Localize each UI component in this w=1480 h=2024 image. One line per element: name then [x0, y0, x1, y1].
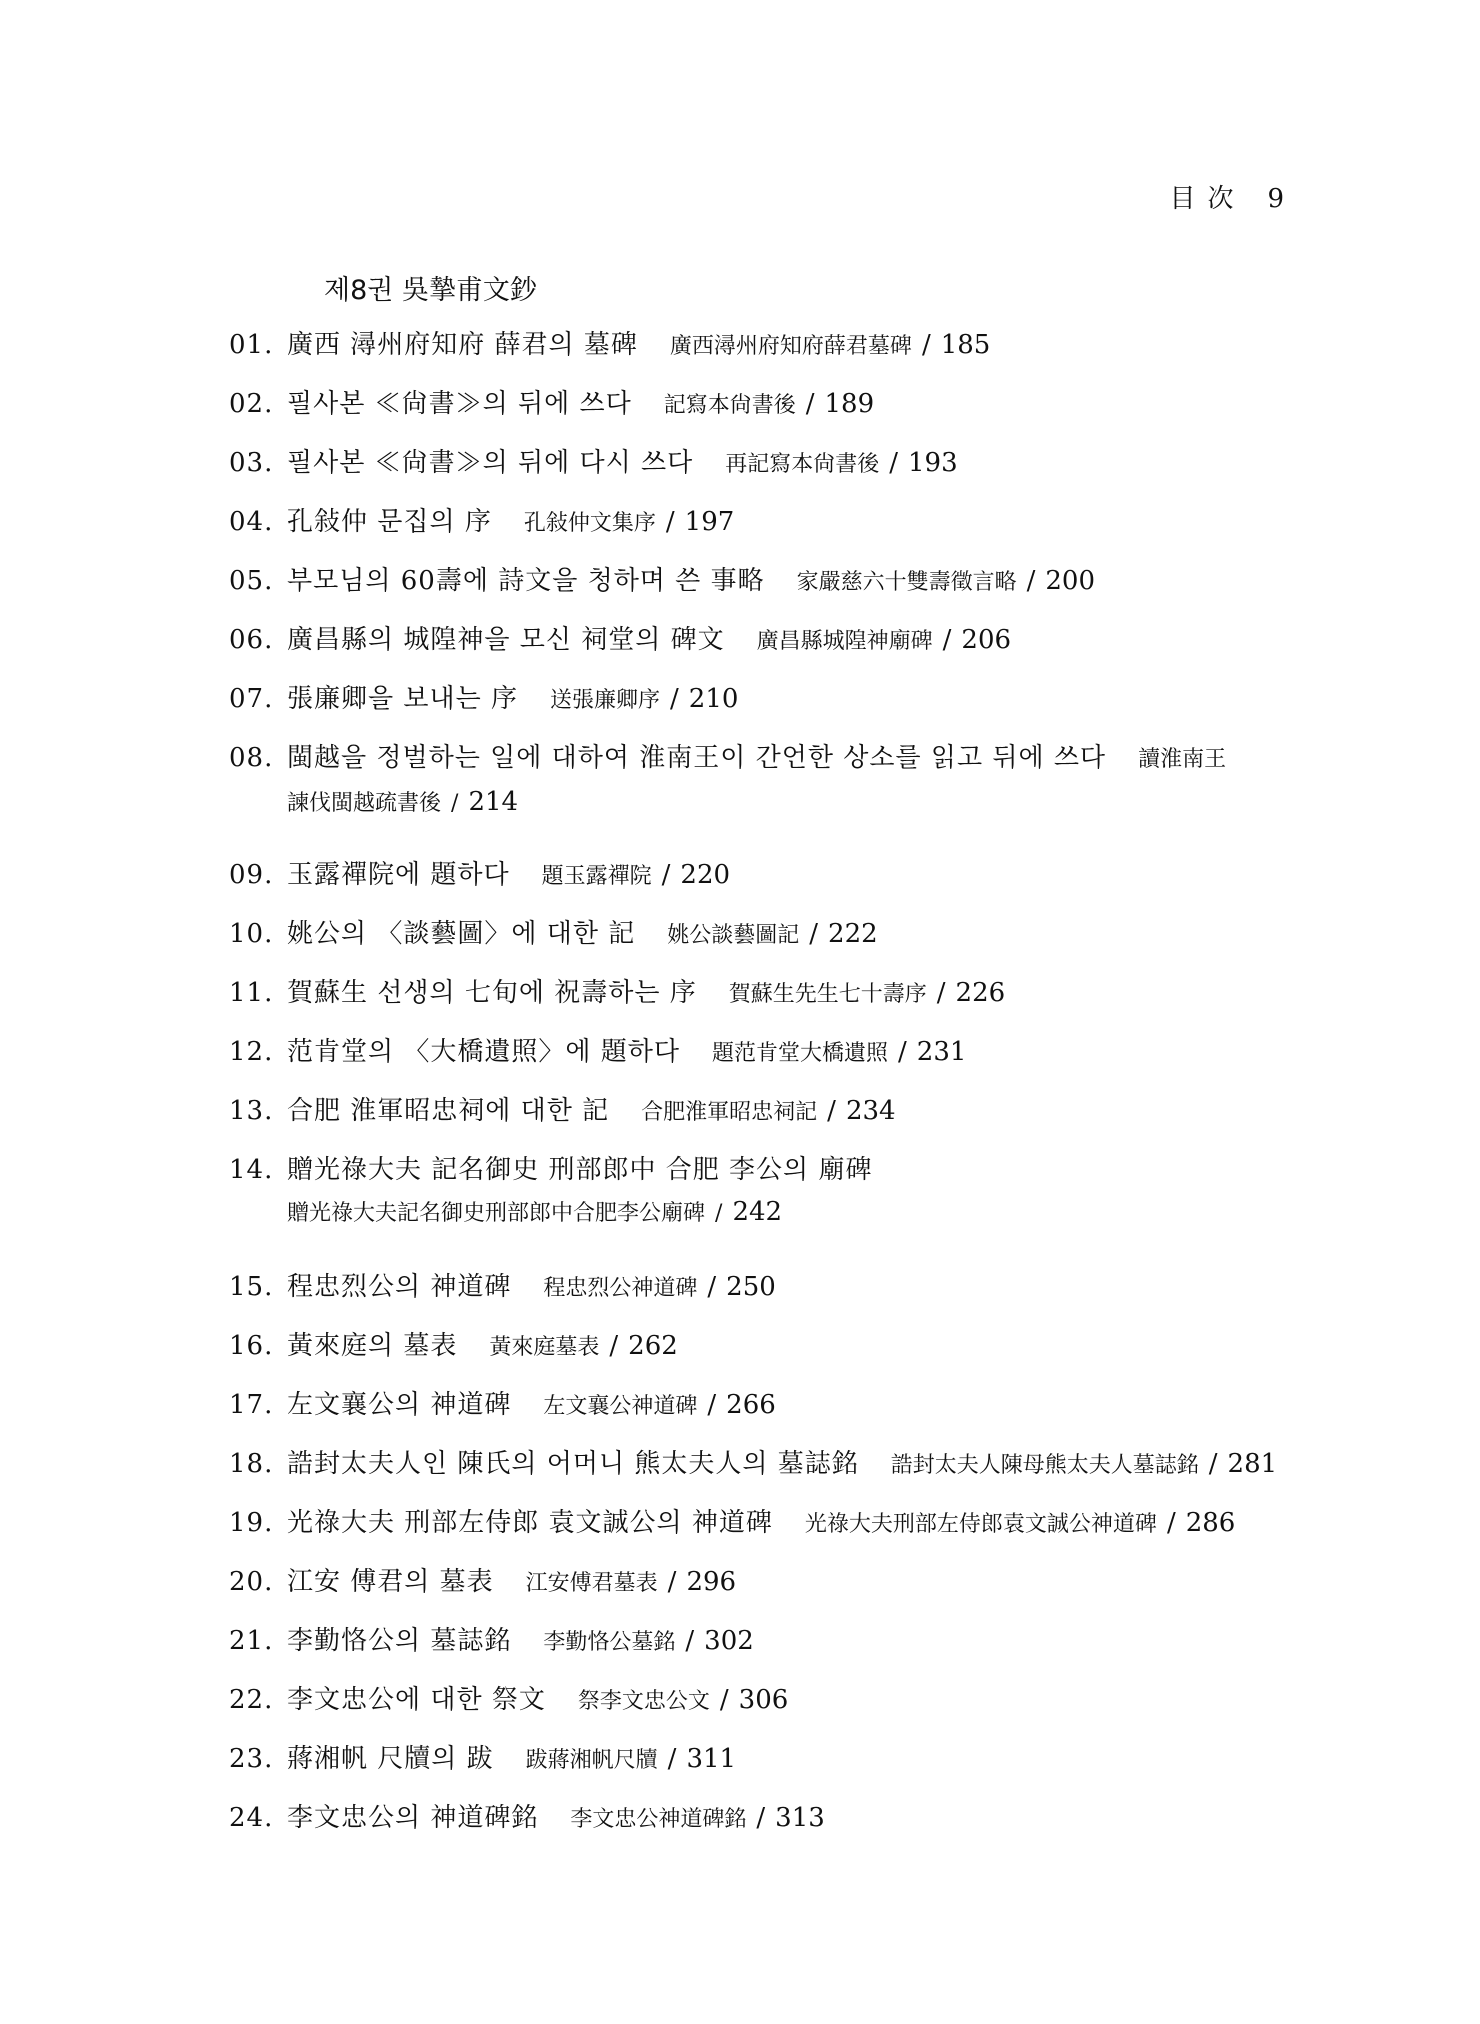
entry-original-title: 光祿大夫刑部左侍郎袁文誠公神道碑 [805, 1512, 1157, 1537]
entry-number: 15. [229, 1267, 287, 1307]
entry-korean-title: 范肯堂의 〈大橋遺照〉에 題하다 [287, 1037, 680, 1067]
entry-number: 13. [229, 1091, 287, 1131]
entry-page-number: 296 [686, 1567, 736, 1597]
entry-korean-title: 李文忠公의 神道碑銘 [287, 1803, 538, 1833]
entry-page-number: 222 [828, 919, 878, 949]
toc-entry[interactable]: 07.張廉卿을 보내는 序送張廉卿序/210 [229, 679, 738, 721]
toc-entry[interactable]: 01.廣西 潯州府知府 薛君의 墓碑廣西潯州府知府薛君墓碑/185 [229, 325, 990, 367]
entry-separator: / [889, 448, 898, 478]
entry-separator: / [1209, 1449, 1218, 1479]
entry-separator: / [898, 1037, 907, 1067]
toc-entry[interactable]: 09.玉露禪院에 題하다題玉露禪院/220 [229, 855, 730, 897]
entry-separator: / [1027, 566, 1036, 596]
entry-number: 17. [229, 1385, 287, 1425]
entry-continuation-line: 諫伐閩越疏書後/214 [229, 782, 1226, 824]
entry-separator: / [720, 1685, 729, 1715]
entry-separator: / [715, 1201, 722, 1226]
entry-page-number: 286 [1186, 1508, 1236, 1538]
toc-entry[interactable]: 06.廣昌縣의 城隍神을 모신 祠堂의 碑文廣昌縣城隍神廟碑/206 [229, 620, 1011, 662]
entry-continuation-line: 贈光祿大夫記名御史刑部郎中合肥李公廟碑/242 [229, 1192, 872, 1234]
toc-entry[interactable]: 23.蔣湘帆 尺牘의 跋跋蔣湘帆尺牘/311 [229, 1739, 736, 1781]
volume-heading: 제8권 吳摯甫文鈔 [324, 268, 537, 307]
entry-korean-title: 贈光祿大夫 記名御史 刑部郎中 合肥 李公의 廟碑 [287, 1155, 872, 1185]
toc-entry[interactable]: 19.光祿大夫 刑部左侍郎 袁文誠公의 神道碑光祿大夫刑部左侍郎袁文誠公神道碑/… [229, 1503, 1235, 1545]
entry-korean-title: 賀蘇生 선생의 七旬에 祝壽하는 序 [287, 978, 697, 1008]
toc-entry[interactable]: 13.合肥 淮軍昭忠祠에 대한 記合肥淮軍昭忠祠記/234 [229, 1091, 896, 1133]
entry-number: 24. [229, 1798, 287, 1838]
entry-separator: / [666, 507, 675, 537]
entry-original-title: 題范肯堂大橋遺照 [712, 1041, 888, 1066]
toc-entry[interactable]: 04.孔敍仲 문집의 序孔敍仲文集序/197 [229, 502, 734, 544]
entry-page-number: 193 [908, 448, 958, 478]
entry-separator: / [827, 1096, 836, 1126]
entry-korean-title: 程忠烈公의 神道碑 [287, 1272, 511, 1302]
entry-number: 11. [229, 973, 287, 1013]
entry-number: 20. [229, 1562, 287, 1602]
entry-page-number: 220 [680, 860, 730, 890]
entry-separator: / [668, 1567, 677, 1597]
entry-page-number: 200 [1045, 566, 1095, 596]
toc-entry[interactable]: 21.李勤恪公의 墓誌銘李勤恪公墓銘/302 [229, 1621, 754, 1663]
entry-original-title: 李文忠公神道碑銘 [570, 1807, 746, 1832]
entry-original-title: 誥封太夫人陳母熊太夫人墓誌銘 [891, 1453, 1199, 1478]
entry-original-title: 送張廉卿序 [550, 688, 660, 713]
entry-original-title-line2: 諫伐閩越疏書後 [287, 791, 441, 816]
entry-original-title: 賀蘇生先生七十壽序 [729, 982, 927, 1007]
entry-korean-title: 左文襄公의 神道碑 [287, 1390, 511, 1420]
toc-entry[interactable]: 14.贈光祿大夫 記名御史 刑部郎中 合肥 李公의 廟碑贈光祿大夫記名御史刑部郎… [229, 1150, 872, 1234]
entry-separator: / [756, 1803, 765, 1833]
entry-number: 04. [229, 502, 287, 542]
toc-entry[interactable]: 17.左文襄公의 神道碑左文襄公神道碑/266 [229, 1385, 776, 1427]
entry-korean-title: 玉露禪院에 題하다 [287, 860, 510, 890]
entry-original-title: 廣昌縣城隍神廟碑 [757, 629, 933, 654]
entry-number: 18. [229, 1444, 287, 1484]
entry-separator: / [937, 978, 946, 1008]
toc-entry[interactable]: 22.李文忠公에 대한 祭文祭李文忠公文/306 [229, 1680, 788, 1722]
entry-page-number: 281 [1228, 1449, 1278, 1479]
entry-number: 10. [229, 914, 287, 954]
toc-entry[interactable]: 24.李文忠公의 神道碑銘李文忠公神道碑銘/313 [229, 1798, 825, 1840]
entry-number: 02. [229, 384, 287, 424]
entry-korean-title: 蔣湘帆 尺牘의 跋 [287, 1744, 494, 1774]
entry-separator: / [707, 1272, 716, 1302]
entry-number: 03. [229, 443, 287, 483]
entry-original-title: 程忠烈公神道碑 [543, 1276, 697, 1301]
entry-page-number: 234 [846, 1096, 896, 1126]
entry-original-title: 題玉露禪院 [542, 864, 652, 889]
toc-entry[interactable]: 02.필사본 ≪尙書≫의 뒤에 쓰다記寫本尙書後/189 [229, 384, 874, 426]
entry-korean-title: 閩越을 정벌하는 일에 대하여 淮南王이 간언한 상소를 읽고 뒤에 쓰다 [287, 743, 1106, 773]
entry-separator: / [609, 1331, 618, 1361]
entry-number: 22. [229, 1680, 287, 1720]
entry-korean-title: 姚公의 〈談藝圖〉에 대한 記 [287, 919, 635, 949]
entry-korean-title: 李勤恪公의 墓誌銘 [287, 1626, 511, 1656]
entry-original-title: 家嚴慈六十雙壽徵言略 [797, 570, 1017, 595]
entry-page-number: 313 [775, 1803, 825, 1833]
toc-entry[interactable]: 18.誥封太夫人인 陳氏의 어머니 熊太夫人의 墓誌銘誥封太夫人陳母熊太夫人墓誌… [229, 1444, 1277, 1486]
entry-separator: / [707, 1390, 716, 1420]
toc-entry[interactable]: 16.黃來庭의 墓表黃來庭墓表/262 [229, 1326, 678, 1368]
entry-korean-title: 필사본 ≪尙書≫의 뒤에 쓰다 [287, 389, 632, 419]
entry-page-number: 197 [685, 507, 735, 537]
entry-separator: / [1167, 1508, 1176, 1538]
entry-original-title: 跋蔣湘帆尺牘 [526, 1748, 658, 1773]
entry-number: 23. [229, 1739, 287, 1779]
entry-number: 09. [229, 855, 287, 895]
entry-korean-title: 廣昌縣의 城隍神을 모신 祠堂의 碑文 [287, 625, 725, 655]
entry-page-number: 306 [739, 1685, 789, 1715]
entry-separator: / [662, 860, 671, 890]
entry-korean-title: 黃來庭의 墓表 [287, 1331, 457, 1361]
entry-original-title: 廣西潯州府知府薛君墓碑 [670, 334, 912, 359]
entry-page-number: 302 [704, 1626, 754, 1656]
toc-entry[interactable]: 20.江安 傅君의 墓表江安傅君墓表/296 [229, 1562, 736, 1604]
entry-number: 16. [229, 1326, 287, 1366]
entry-original-title: 左文襄公神道碑 [543, 1394, 697, 1419]
toc-entry[interactable]: 03.필사본 ≪尙書≫의 뒤에 다시 쓰다再記寫本尙書後/193 [229, 443, 958, 485]
toc-entry[interactable]: 05.부모님의 60壽에 詩文을 청하며 쓴 事略家嚴慈六十雙壽徵言略/200 [229, 561, 1095, 603]
entry-original-title: 祭李文忠公文 [578, 1689, 710, 1714]
toc-entry[interactable]: 08.閩越을 정벌하는 일에 대하여 淮南王이 간언한 상소를 읽고 뒤에 쓰다… [229, 738, 1226, 824]
entry-original-title: 黃來庭墓表 [489, 1335, 599, 1360]
entry-number: 05. [229, 561, 287, 601]
entry-separator: / [670, 684, 679, 714]
entry-separator: / [943, 625, 952, 655]
entry-original-title: 江安傅君墓表 [526, 1571, 658, 1596]
toc-entry[interactable]: 15.程忠烈公의 神道碑程忠烈公神道碑/250 [229, 1267, 776, 1309]
entry-separator: / [806, 389, 815, 419]
entry-number: 14. [229, 1150, 287, 1190]
entry-number: 07. [229, 679, 287, 719]
entry-original-title: 姚公談藝圖記 [667, 923, 799, 948]
entry-page-number: 226 [956, 978, 1006, 1008]
entry-korean-title: 廣西 潯州府知府 薛君의 墓碑 [287, 330, 638, 360]
page-number: 9 [1267, 184, 1290, 214]
entry-page-number: 231 [917, 1037, 967, 1067]
entry-korean-title: 合肥 淮軍昭忠祠에 대한 記 [287, 1096, 609, 1126]
entry-number: 08. [229, 738, 287, 778]
entry-korean-title: 光祿大夫 刑部左侍郎 袁文誠公의 神道碑 [287, 1508, 773, 1538]
entry-korean-title: 李文忠公에 대한 祭文 [287, 1685, 546, 1715]
entry-separator: / [809, 919, 818, 949]
entry-original-title: 記寫本尙書後 [664, 393, 796, 418]
entry-separator: / [451, 791, 458, 816]
entry-original-title: 再記寫本尙書後 [725, 452, 879, 477]
entry-original-title: 李勤恪公墓銘 [543, 1630, 675, 1655]
running-header-title: 目次 [1169, 178, 1245, 215]
entry-page-number: 262 [628, 1331, 678, 1361]
entry-separator: / [668, 1744, 677, 1774]
toc-entry[interactable]: 10.姚公의 〈談藝圖〉에 대한 記姚公談藝圖記/222 [229, 914, 878, 956]
entry-original-title: 孔敍仲文集序 [524, 511, 656, 536]
entry-original-title-line2: 贈光祿大夫記名御史刑部郎中合肥李公廟碑 [287, 1201, 705, 1226]
toc-entry[interactable]: 12.范肯堂의 〈大橋遺照〉에 題하다題范肯堂大橋遺照/231 [229, 1032, 966, 1074]
entry-number: 19. [229, 1503, 287, 1543]
entry-page-number: 210 [689, 684, 739, 714]
entry-page-number: 206 [961, 625, 1011, 655]
entry-korean-title: 부모님의 60壽에 詩文을 청하며 쓴 事略 [287, 566, 765, 596]
entry-number: 21. [229, 1621, 287, 1661]
entry-separator: / [922, 330, 931, 360]
entry-korean-title: 誥封太夫人인 陳氏의 어머니 熊太夫人의 墓誌銘 [287, 1449, 859, 1479]
entry-number: 01. [229, 325, 287, 365]
entry-korean-title: 孔敍仲 문집의 序 [287, 507, 492, 537]
entry-page-number: 266 [726, 1390, 776, 1420]
entry-original-title: 合肥淮軍昭忠祠記 [641, 1100, 817, 1125]
entry-page-number: 242 [732, 1197, 782, 1227]
entry-separator: / [685, 1626, 694, 1656]
toc-entry[interactable]: 11.賀蘇生 선생의 七旬에 祝壽하는 序賀蘇生先生七十壽序/226 [229, 973, 1005, 1015]
entry-korean-title: 필사본 ≪尙書≫의 뒤에 다시 쓰다 [287, 448, 693, 478]
entry-number: 06. [229, 620, 287, 660]
entry-page-number: 250 [726, 1272, 776, 1302]
running-header: 目次 9 [1169, 178, 1290, 215]
entry-number: 12. [229, 1032, 287, 1072]
entry-original-title-line1: 讀淮南王 [1138, 747, 1226, 772]
entry-page-number: 189 [825, 389, 875, 419]
entry-page-number: 214 [468, 787, 518, 817]
entry-korean-title: 張廉卿을 보내는 序 [287, 684, 518, 714]
entry-page-number: 185 [941, 330, 991, 360]
entry-korean-title: 江安 傅君의 墓表 [287, 1567, 494, 1597]
entry-page-number: 311 [686, 1744, 736, 1774]
